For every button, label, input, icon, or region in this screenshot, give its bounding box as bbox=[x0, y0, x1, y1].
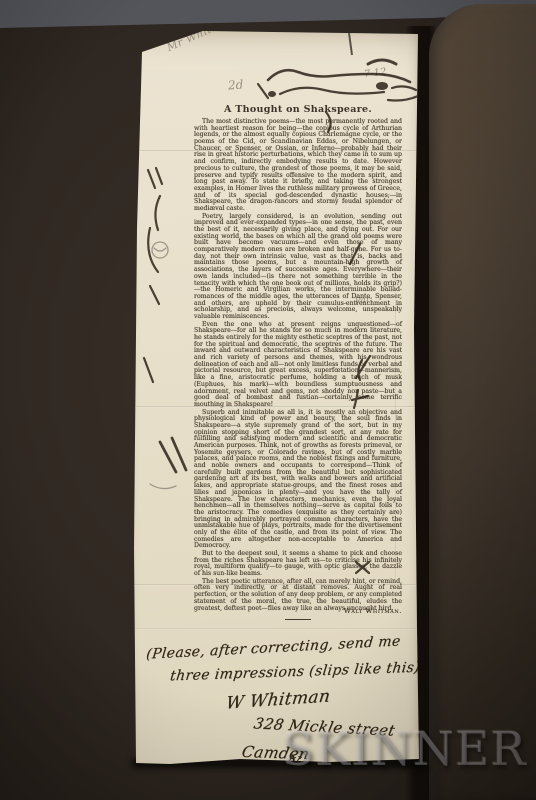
album-cover-edge bbox=[429, 4, 536, 800]
proof-correction-marks bbox=[130, 28, 421, 768]
auction-photo: proofs Mr Whitman 2d 7-12 Par A Thought … bbox=[0, 0, 536, 800]
proof-sheet: proofs Mr Whitman 2d 7-12 Par A Thought … bbox=[130, 28, 421, 768]
skinner-watermark: SKINNER bbox=[282, 722, 527, 777]
